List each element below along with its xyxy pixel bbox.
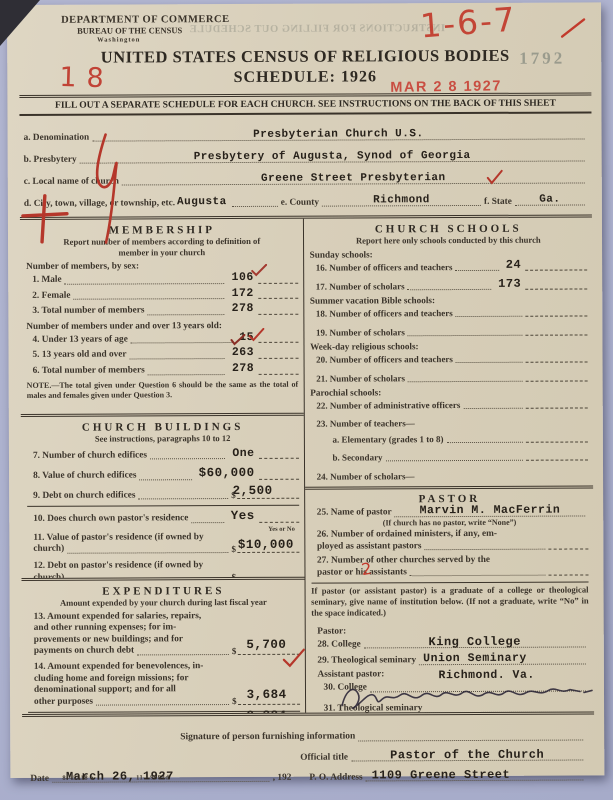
answer-line xyxy=(258,313,298,314)
q28-value: King College xyxy=(364,636,586,649)
field-e-label: e. County xyxy=(281,197,319,209)
q11-value: $10,000 xyxy=(233,538,299,551)
field-a-label: a. Denomination xyxy=(24,132,90,144)
q8-line: 8. Value of church edifices $60,000 xyxy=(27,469,299,483)
instruction-banner: FILL OUT A SEPARATE SCHEDULE FOR EACH CH… xyxy=(19,93,591,116)
leader-line xyxy=(139,479,191,480)
ghost-number: 1792 xyxy=(519,49,565,69)
date-received-stamp: MAR 2 8 1927 xyxy=(390,78,502,95)
red-handwritten-number: 18 xyxy=(59,62,114,95)
answer-line xyxy=(259,478,299,479)
leader-line xyxy=(408,381,523,383)
q5-line: 5. 13 years old and over 263 xyxy=(27,349,299,362)
q2-line: 2. Female 172 xyxy=(26,289,298,302)
leader-line: Presbyterian Church U.S. xyxy=(92,139,584,142)
q18-label: 18. Number of officers and teachers xyxy=(310,308,453,320)
q13-line: 13. Amount expended for salaries, repair… xyxy=(28,610,300,658)
field-b-value: Presbytery of Augusta, Synod of Georgia xyxy=(80,151,585,164)
signature-dotted-line xyxy=(358,740,583,742)
section-divider xyxy=(27,505,299,507)
q9-label: 9. Debt on church edifices xyxy=(27,490,135,502)
q23-label-line: 23. Number of teachers— xyxy=(310,413,588,432)
membership-note: NOTE.—The total given under Question 6 s… xyxy=(27,379,299,400)
leader-line xyxy=(148,374,225,375)
buildings-subtitle: See instructions, paragraphs 10 to 12 xyxy=(27,433,299,444)
q28-line: 28. College King College xyxy=(311,638,588,651)
leader-line xyxy=(232,206,278,207)
leader-line xyxy=(150,458,225,459)
pastor-section: PASTOR 25. Name of pastor Marvin M. MacF… xyxy=(305,486,594,713)
q16-value: 24 xyxy=(502,259,525,271)
leader-line xyxy=(137,654,229,655)
membership-section: MEMBERSHIP Report number of members acco… xyxy=(20,219,303,414)
leader-line xyxy=(74,298,225,300)
check-icon-q3 xyxy=(251,264,267,277)
q26-line: 26. Number of ordained ministers, if any… xyxy=(311,528,589,552)
answer-line xyxy=(526,442,588,443)
q9-value: 2,500 xyxy=(207,485,299,498)
red-cross-mark xyxy=(20,193,70,245)
pastor-sublabel: Pastor: xyxy=(311,626,346,636)
q5-label: 5. 13 years old and over xyxy=(27,350,127,362)
leader-line xyxy=(65,283,225,285)
answer-line: 2,500 xyxy=(237,498,299,499)
q6-value: 278 xyxy=(228,363,258,375)
q24-label-line: 24. Number of scholars— xyxy=(311,465,589,484)
leader-line xyxy=(456,362,523,363)
sunday-schools-label: Sunday schools: xyxy=(310,248,587,259)
answer-line xyxy=(525,335,587,336)
form-numbers: 8—5518 a 11—9084d xyxy=(62,774,209,782)
field-a-value: Presbyterian Church U.S. xyxy=(92,129,584,142)
q24-label: 24. Number of scholars— xyxy=(311,471,415,481)
q23a-label: a. Elementary (grades 1 to 8) xyxy=(310,434,443,446)
q10-line: 10. Does church own pastor's residence Y… xyxy=(27,512,299,526)
q3-value: 278 xyxy=(228,303,258,315)
q18-line: 18. Number of officers and teachers xyxy=(310,307,587,319)
q8-label: 8. Value of church edifices xyxy=(27,471,136,483)
leader-line xyxy=(131,342,232,343)
left-column: MEMBERSHIP Report number of members acco… xyxy=(20,219,306,714)
leader-line: 1109 Greene Street xyxy=(366,780,584,782)
leader-line: Pastor of the Church xyxy=(351,760,583,762)
red-squiggle-mark xyxy=(88,128,131,248)
check-icon-q6-b xyxy=(248,328,264,342)
leader-line xyxy=(191,522,223,523)
answer-line xyxy=(525,270,587,271)
membership-subtitle-line2: member in your church xyxy=(26,246,298,257)
leader-line xyxy=(148,314,225,315)
field-e-value: Richmond xyxy=(322,195,481,207)
q3-label: 3. Total number of members xyxy=(26,306,144,318)
answer-line xyxy=(526,460,588,461)
leader-line xyxy=(386,460,523,462)
q28-label: 28. College xyxy=(311,639,360,651)
signature-section: Signature of person furnishing informati… xyxy=(22,712,594,796)
signature-script xyxy=(338,680,594,713)
po-address-label: P. O. Address xyxy=(309,772,362,784)
answer-line xyxy=(526,407,588,408)
leader-line xyxy=(446,442,522,443)
q29-value: Union Seminary xyxy=(419,653,586,665)
leader-line xyxy=(408,335,523,337)
q12-line: 12. Debt on pastor's residence (if owned… xyxy=(27,560,299,578)
q6-label: 6. Total number of members xyxy=(27,365,145,377)
answer-line xyxy=(258,358,298,359)
answer-line xyxy=(525,315,587,316)
graduate-note: If pastor (or assistant pastor) is a gra… xyxy=(311,585,589,618)
leader-line: Greene Street Presbyterian xyxy=(122,183,585,186)
official-title-value: Pastor of the Church xyxy=(351,749,583,762)
q17-label: 17. Number of scholars xyxy=(310,281,405,293)
leader-line: Presbytery of Augusta, Synod of Georgia xyxy=(80,161,585,164)
section-divider xyxy=(311,582,588,584)
check-icon-q15 xyxy=(282,648,306,668)
assistant-pastor-line: Assistant pastor: Richmond. Va. xyxy=(311,668,588,681)
q19-label: 19. Number of scholars xyxy=(310,327,405,339)
check-icon-richmond xyxy=(486,169,504,185)
q2-value: 172 xyxy=(228,288,258,300)
right-column: CHURCH SCHOOLS Report here only schools … xyxy=(303,218,594,713)
field-b-label: b. Presbytery xyxy=(24,154,77,166)
parochial-schools-label: Parochial schools: xyxy=(310,387,587,398)
leader-line xyxy=(96,705,229,707)
summer-schools-label: Summer vacation Bible schools: xyxy=(310,295,587,306)
church-schools-section: CHURCH SCHOOLS Report here only schools … xyxy=(303,218,593,487)
q25-value: Marvin M. MacFerrin xyxy=(395,505,586,517)
q16-line: 16. Number of officers and teachers 24 xyxy=(310,261,587,274)
census-schedule-document: INSTRUCTIONS FOR FILLING OUT SCHEDULE 1-… xyxy=(7,2,604,778)
official-title-label: Official title xyxy=(300,752,348,764)
q27-line: 27. Number of other churches served by t… xyxy=(311,555,589,579)
answer-line xyxy=(258,298,298,299)
q20-line: 20. Number of officers and teachers xyxy=(310,353,587,365)
q12-label-line2: church) xyxy=(27,572,64,578)
answer-line xyxy=(258,373,298,374)
q17-value: 173 xyxy=(494,278,525,290)
leader-line xyxy=(456,270,499,271)
q7-label: 7. Number of church edifices xyxy=(27,450,147,462)
answer-line xyxy=(526,361,588,362)
expenditures-subtitle: Amount expended by your church during la… xyxy=(28,597,300,608)
q4-label: 4. Under 13 years of age xyxy=(26,334,127,346)
leader-line xyxy=(456,316,523,317)
q17-line: 17. Number of scholars 173 xyxy=(310,280,587,293)
q10-value: Yes xyxy=(227,510,259,523)
answer-line xyxy=(259,522,299,523)
q3-line: 3. Total number of members 278 xyxy=(26,305,298,318)
answer-line xyxy=(258,282,298,283)
q29-label: 29. Theological seminary xyxy=(311,655,416,667)
leader-line xyxy=(463,408,522,409)
field-f-value: Ga. xyxy=(515,195,585,206)
q25-label: 25. Name of pastor xyxy=(311,508,392,520)
answer-line: $10,000 xyxy=(237,552,299,553)
schools-subtitle: Report here only schools conducted by th… xyxy=(310,235,587,247)
signature-line: Signature of person furnishing informati… xyxy=(30,719,586,745)
check-icon-q6-a xyxy=(230,334,245,346)
answer-line xyxy=(548,575,588,576)
form-number-1: 8—5518 a xyxy=(62,775,94,782)
answer-line xyxy=(258,342,298,343)
q6-line: 6. Total number of members 278 xyxy=(27,365,299,378)
q13-label-line4: payments on church debt xyxy=(28,646,134,658)
expenditures-section: EXPENDITURES Amount expended by your chu… xyxy=(22,577,305,714)
q27-label-line2: pastor or his assistants xyxy=(311,567,407,579)
q21-line: 21. Number of scholars xyxy=(310,372,587,384)
weekday-schools-label: Week-day religious schools: xyxy=(310,341,587,352)
leader-line: Richmond xyxy=(322,205,481,207)
leader-line xyxy=(425,549,546,551)
q29-line: 29. Theological seminary Union Seminary xyxy=(311,655,588,668)
form-body: MEMBERSHIP Report number of members acco… xyxy=(20,218,594,714)
answer-line xyxy=(525,289,587,290)
q23b-line: b. Secondary xyxy=(311,452,588,464)
q22-line: 22. Number of administrative officers xyxy=(310,399,587,411)
leader-line: Ga. xyxy=(515,205,585,206)
answer-line: 3,684 xyxy=(238,704,300,705)
field-d-value: Augusta xyxy=(175,197,229,208)
q22-label: 22. Number of administrative officers xyxy=(310,400,460,412)
q16-label: 16. Number of officers and teachers xyxy=(310,262,453,274)
q23b-label: b. Secondary xyxy=(311,452,383,464)
q1-label: 1. Male xyxy=(26,275,61,287)
q7-line: 7. Number of church edifices One xyxy=(27,449,299,462)
leader-line xyxy=(410,575,546,577)
signature-label: Signature of person furnishing informati… xyxy=(180,732,355,745)
official-title-line: Official title Pastor of the Church xyxy=(30,743,586,765)
q26-label-line2: ployed as assistant pastors xyxy=(311,541,422,553)
leader-line xyxy=(130,358,225,359)
red-tick-mark xyxy=(560,16,586,38)
q7-value: One xyxy=(228,448,258,460)
yes-or-no-hint: Yes or No xyxy=(268,526,295,533)
leader-line xyxy=(139,498,229,499)
q11-line: 11. Value of pastor's residence (if owne… xyxy=(27,532,299,556)
q23a-line: a. Elementary (grades 1 to 8) xyxy=(310,433,587,445)
field-c-value: Greene Street Presbyterian xyxy=(122,173,585,186)
assistant-pastor-label: Assistant pastor: xyxy=(311,669,384,681)
q19-line: 19. Number of scholars xyxy=(310,326,587,338)
q2-label: 2. Female xyxy=(26,290,70,302)
field-f-label: f. State xyxy=(484,196,512,208)
form-number-2: 11—9084d xyxy=(136,775,169,782)
po-address-value: 1109 Greene Street xyxy=(366,769,584,782)
date-suffix: , 192 xyxy=(273,772,292,784)
leader-line xyxy=(67,552,228,554)
leader-line: King College xyxy=(364,647,586,649)
q9-line: 9. Debt on church edifices $ 2,500 xyxy=(27,489,299,502)
q14-value: 3,684 xyxy=(234,689,300,702)
q10-label: 10. Does church own pastor's residence xyxy=(27,513,188,525)
q5-value: 263 xyxy=(228,347,258,359)
q20-label: 20. Number of officers and teachers xyxy=(310,354,453,366)
leader-line xyxy=(408,289,491,290)
answer-line xyxy=(526,381,588,382)
red-handwritten-code: 1-6-7 xyxy=(419,0,518,46)
church-buildings-section: CHURCH BUILDINGS See instructions, parag… xyxy=(21,413,304,578)
answer-line xyxy=(548,549,588,550)
q14-label-line4: other purposes xyxy=(28,697,93,709)
q21-label: 21. Number of scholars xyxy=(310,373,405,385)
date-label: Date xyxy=(30,774,49,786)
q23-label: 23. Number of teachers— xyxy=(310,419,414,429)
leader-line: Union Seminary xyxy=(419,663,586,665)
answer-line xyxy=(259,458,299,459)
q8-value: $60,000 xyxy=(195,467,259,480)
q11-label-line2: church) xyxy=(27,544,64,556)
q14-line: 14. Amount expended for benevolences, in… xyxy=(28,661,300,709)
